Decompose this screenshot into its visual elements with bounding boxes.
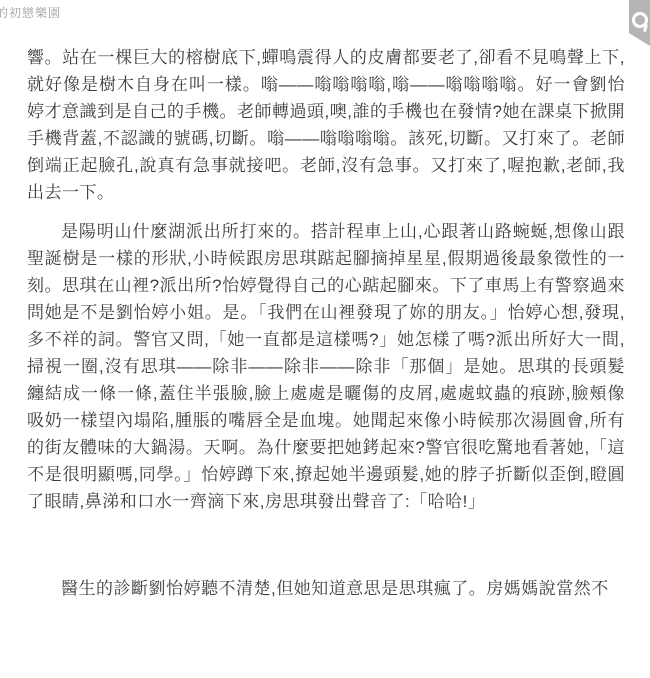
body-paragraph: 醫生的診斷劉怡婷聽不清楚,但她知道意思是思琪瘋了。房媽媽說當然不: [27, 575, 625, 602]
running-title-text: 的初戀樂園: [0, 4, 61, 21]
comment-bubble-icon: [632, 12, 648, 28]
book-page: 的初戀樂園 響。站在一棵巨大的榕樹底下,蟬鳴震得人的皮膚都要老了,卻看不見鳴聲上…: [0, 0, 650, 678]
body-paragraph: 是陽明山什麼湖派出所打來的。搭計程車上山,心跟著山路蜿蜒,想像山跟聖誕樹是一樣的…: [27, 218, 625, 515]
running-title: 的初戀樂園: [0, 4, 70, 22]
corner-annotation-button[interactable]: [629, 0, 650, 46]
body-paragraph: 響。站在一棵巨大的榕樹底下,蟬鳴震得人的皮膚都要老了,卻看不見鳴聲上下,就好像是…: [27, 44, 625, 206]
page-content: 響。站在一棵巨大的榕樹底下,蟬鳴震得人的皮膚都要老了,卻看不見鳴聲上下,就好像是…: [27, 44, 625, 602]
